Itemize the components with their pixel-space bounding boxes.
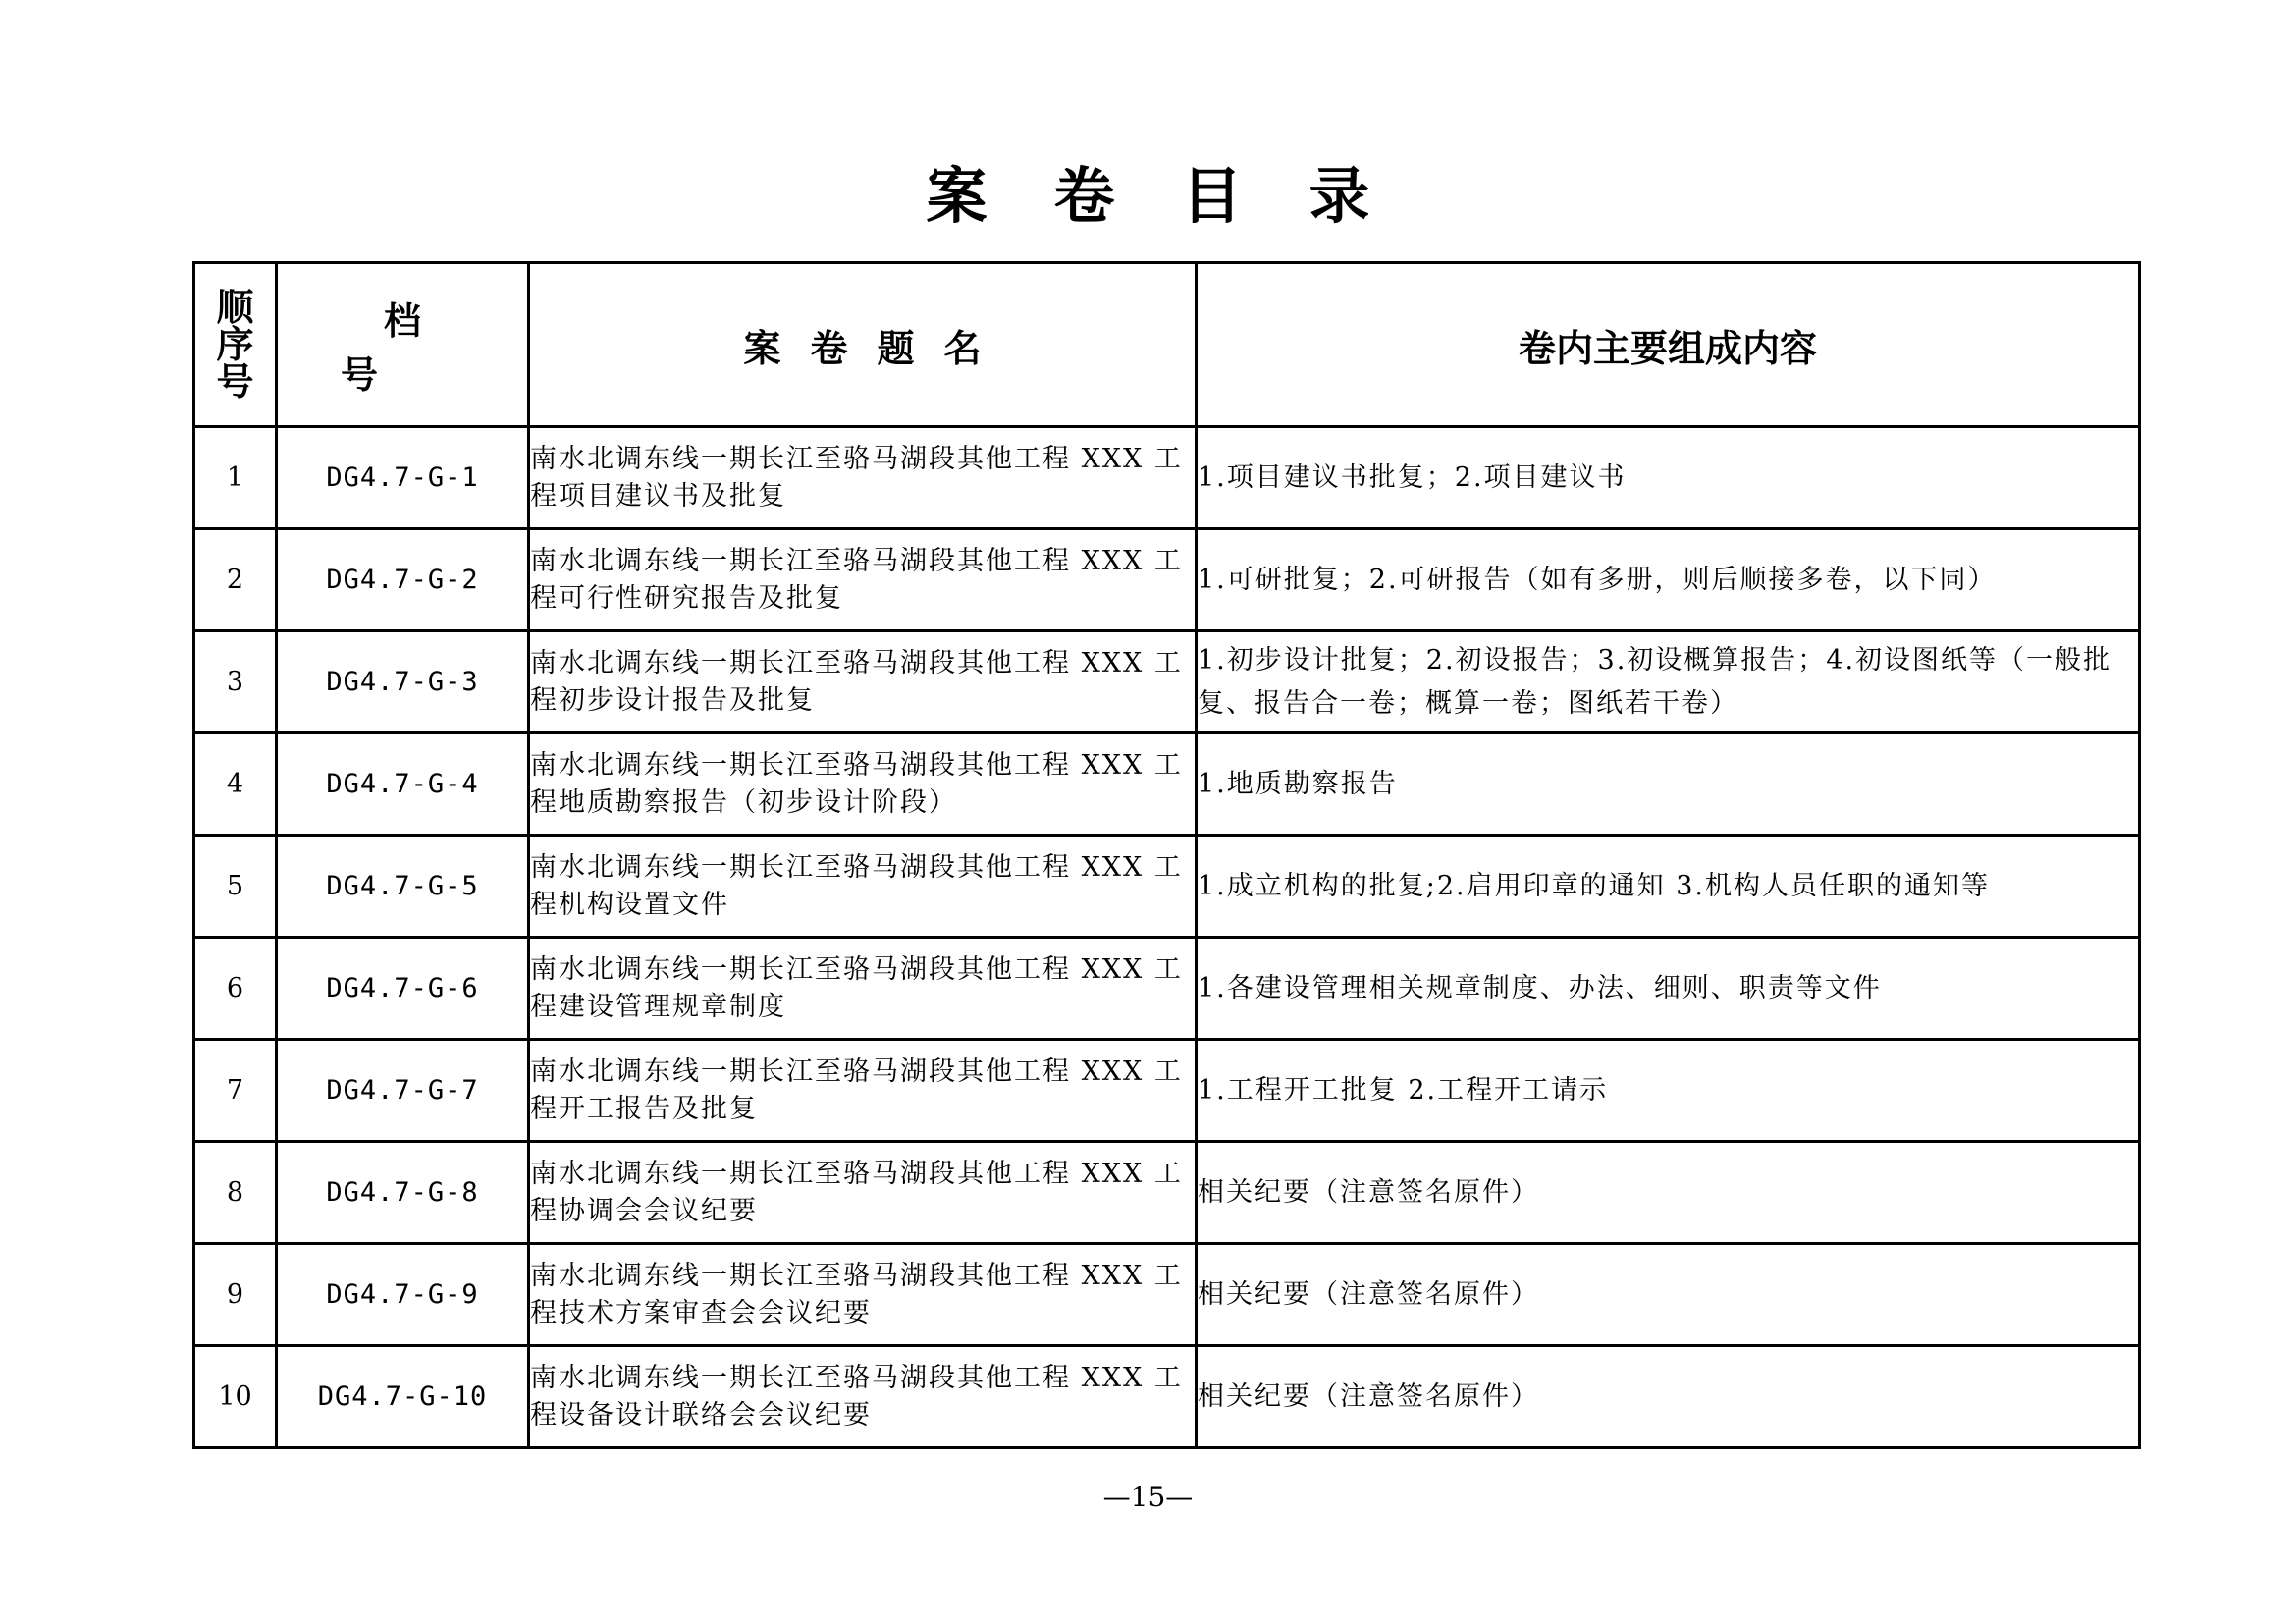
page-number: —15— bbox=[0, 1481, 2296, 1513]
table-row: 2 DG4.7-G-2 南水北调东线一期长江至骆马湖段其他工程 XXX 工程可行… bbox=[194, 529, 2140, 631]
table-row: 5 DG4.7-G-5 南水北调东线一期长江至骆马湖段其他工程 XXX 工程机构… bbox=[194, 836, 2140, 938]
header-code: 档号 bbox=[277, 263, 529, 427]
row-name: 南水北调东线一期长江至骆马湖段其他工程 XXX 工程地质勘察报告（初步设计阶段） bbox=[529, 733, 1197, 836]
table-row: 3 DG4.7-G-3 南水北调东线一期长江至骆马湖段其他工程 XXX 工程初步… bbox=[194, 631, 2140, 733]
row-code: DG4.7-G-3 bbox=[277, 631, 529, 733]
row-name: 南水北调东线一期长江至骆马湖段其他工程 XXX 工程机构设置文件 bbox=[529, 836, 1197, 938]
row-name: 南水北调东线一期长江至骆马湖段其他工程 XXX 工程协调会会议纪要 bbox=[529, 1142, 1197, 1244]
row-seq: 1 bbox=[194, 427, 277, 529]
row-code: DG4.7-G-4 bbox=[277, 733, 529, 836]
page-title: 案卷目录 bbox=[0, 157, 2296, 236]
row-content: 1.成立机构的批复;2.启用印章的通知 3.机构人员任职的通知等 bbox=[1197, 836, 2140, 938]
header-content: 卷内主要组成内容 bbox=[1197, 263, 2140, 427]
row-seq: 4 bbox=[194, 733, 277, 836]
row-content: 1.各建设管理相关规章制度、办法、细则、职责等文件 bbox=[1197, 938, 2140, 1040]
row-seq: 7 bbox=[194, 1040, 277, 1142]
row-content: 1.地质勘察报告 bbox=[1197, 733, 2140, 836]
row-content: 相关纪要（注意签名原件） bbox=[1197, 1142, 2140, 1244]
row-code: DG4.7-G-6 bbox=[277, 938, 529, 1040]
row-code: DG4.7-G-1 bbox=[277, 427, 529, 529]
table-row: 6 DG4.7-G-6 南水北调东线一期长江至骆马湖段其他工程 XXX 工程建设… bbox=[194, 938, 2140, 1040]
table-row: 7 DG4.7-G-7 南水北调东线一期长江至骆马湖段其他工程 XXX 工程开工… bbox=[194, 1040, 2140, 1142]
row-seq: 10 bbox=[194, 1346, 277, 1448]
row-content: 1.可研批复；2.可研报告（如有多册，则后顺接多卷，以下同） bbox=[1197, 529, 2140, 631]
table-header-row: 顺序号 档号 案卷题名 卷内主要组成内容 bbox=[194, 263, 2140, 427]
row-code: DG4.7-G-10 bbox=[277, 1346, 529, 1448]
row-content: 1.工程开工批复 2.工程开工请示 bbox=[1197, 1040, 2140, 1142]
row-code: DG4.7-G-9 bbox=[277, 1244, 529, 1346]
row-code: DG4.7-G-2 bbox=[277, 529, 529, 631]
table-row: 4 DG4.7-G-4 南水北调东线一期长江至骆马湖段其他工程 XXX 工程地质… bbox=[194, 733, 2140, 836]
row-name: 南水北调东线一期长江至骆马湖段其他工程 XXX 工程设备设计联络会会议纪要 bbox=[529, 1346, 1197, 1448]
table-row: 9 DG4.7-G-9 南水北调东线一期长江至骆马湖段其他工程 XXX 工程技术… bbox=[194, 1244, 2140, 1346]
row-content: 相关纪要（注意签名原件） bbox=[1197, 1244, 2140, 1346]
table-row: 1 DG4.7-G-1 南水北调东线一期长江至骆马湖段其他工程 XXX 工程项目… bbox=[194, 427, 2140, 529]
row-content: 1.初步设计批复；2.初设报告；3.初设概算报告；4.初设图纸等（一般批复、报告… bbox=[1197, 631, 2140, 733]
row-name: 南水北调东线一期长江至骆马湖段其他工程 XXX 工程可行性研究报告及批复 bbox=[529, 529, 1197, 631]
table-row: 8 DG4.7-G-8 南水北调东线一期长江至骆马湖段其他工程 XXX 工程协调… bbox=[194, 1142, 2140, 1244]
row-seq: 9 bbox=[194, 1244, 277, 1346]
row-seq: 5 bbox=[194, 836, 277, 938]
row-seq: 3 bbox=[194, 631, 277, 733]
row-code: DG4.7-G-7 bbox=[277, 1040, 529, 1142]
header-seq: 顺序号 bbox=[194, 263, 277, 427]
row-content: 1.项目建议书批复；2.项目建议书 bbox=[1197, 427, 2140, 529]
file-catalog-table: 顺序号 档号 案卷题名 卷内主要组成内容 1 DG4.7-G-1 南水北调东线一… bbox=[192, 261, 2141, 1449]
row-code: DG4.7-G-8 bbox=[277, 1142, 529, 1244]
row-name: 南水北调东线一期长江至骆马湖段其他工程 XXX 工程开工报告及批复 bbox=[529, 1040, 1197, 1142]
row-code: DG4.7-G-5 bbox=[277, 836, 529, 938]
row-name: 南水北调东线一期长江至骆马湖段其他工程 XXX 工程技术方案审查会会议纪要 bbox=[529, 1244, 1197, 1346]
row-seq: 6 bbox=[194, 938, 277, 1040]
row-name: 南水北调东线一期长江至骆马湖段其他工程 XXX 工程初步设计报告及批复 bbox=[529, 631, 1197, 733]
row-content: 相关纪要（注意签名原件） bbox=[1197, 1346, 2140, 1448]
row-name: 南水北调东线一期长江至骆马湖段其他工程 XXX 工程项目建议书及批复 bbox=[529, 427, 1197, 529]
row-seq: 8 bbox=[194, 1142, 277, 1244]
table-row: 10 DG4.7-G-10 南水北调东线一期长江至骆马湖段其他工程 XXX 工程… bbox=[194, 1346, 2140, 1448]
row-name: 南水北调东线一期长江至骆马湖段其他工程 XXX 工程建设管理规章制度 bbox=[529, 938, 1197, 1040]
header-name: 案卷题名 bbox=[529, 263, 1197, 427]
row-seq: 2 bbox=[194, 529, 277, 631]
